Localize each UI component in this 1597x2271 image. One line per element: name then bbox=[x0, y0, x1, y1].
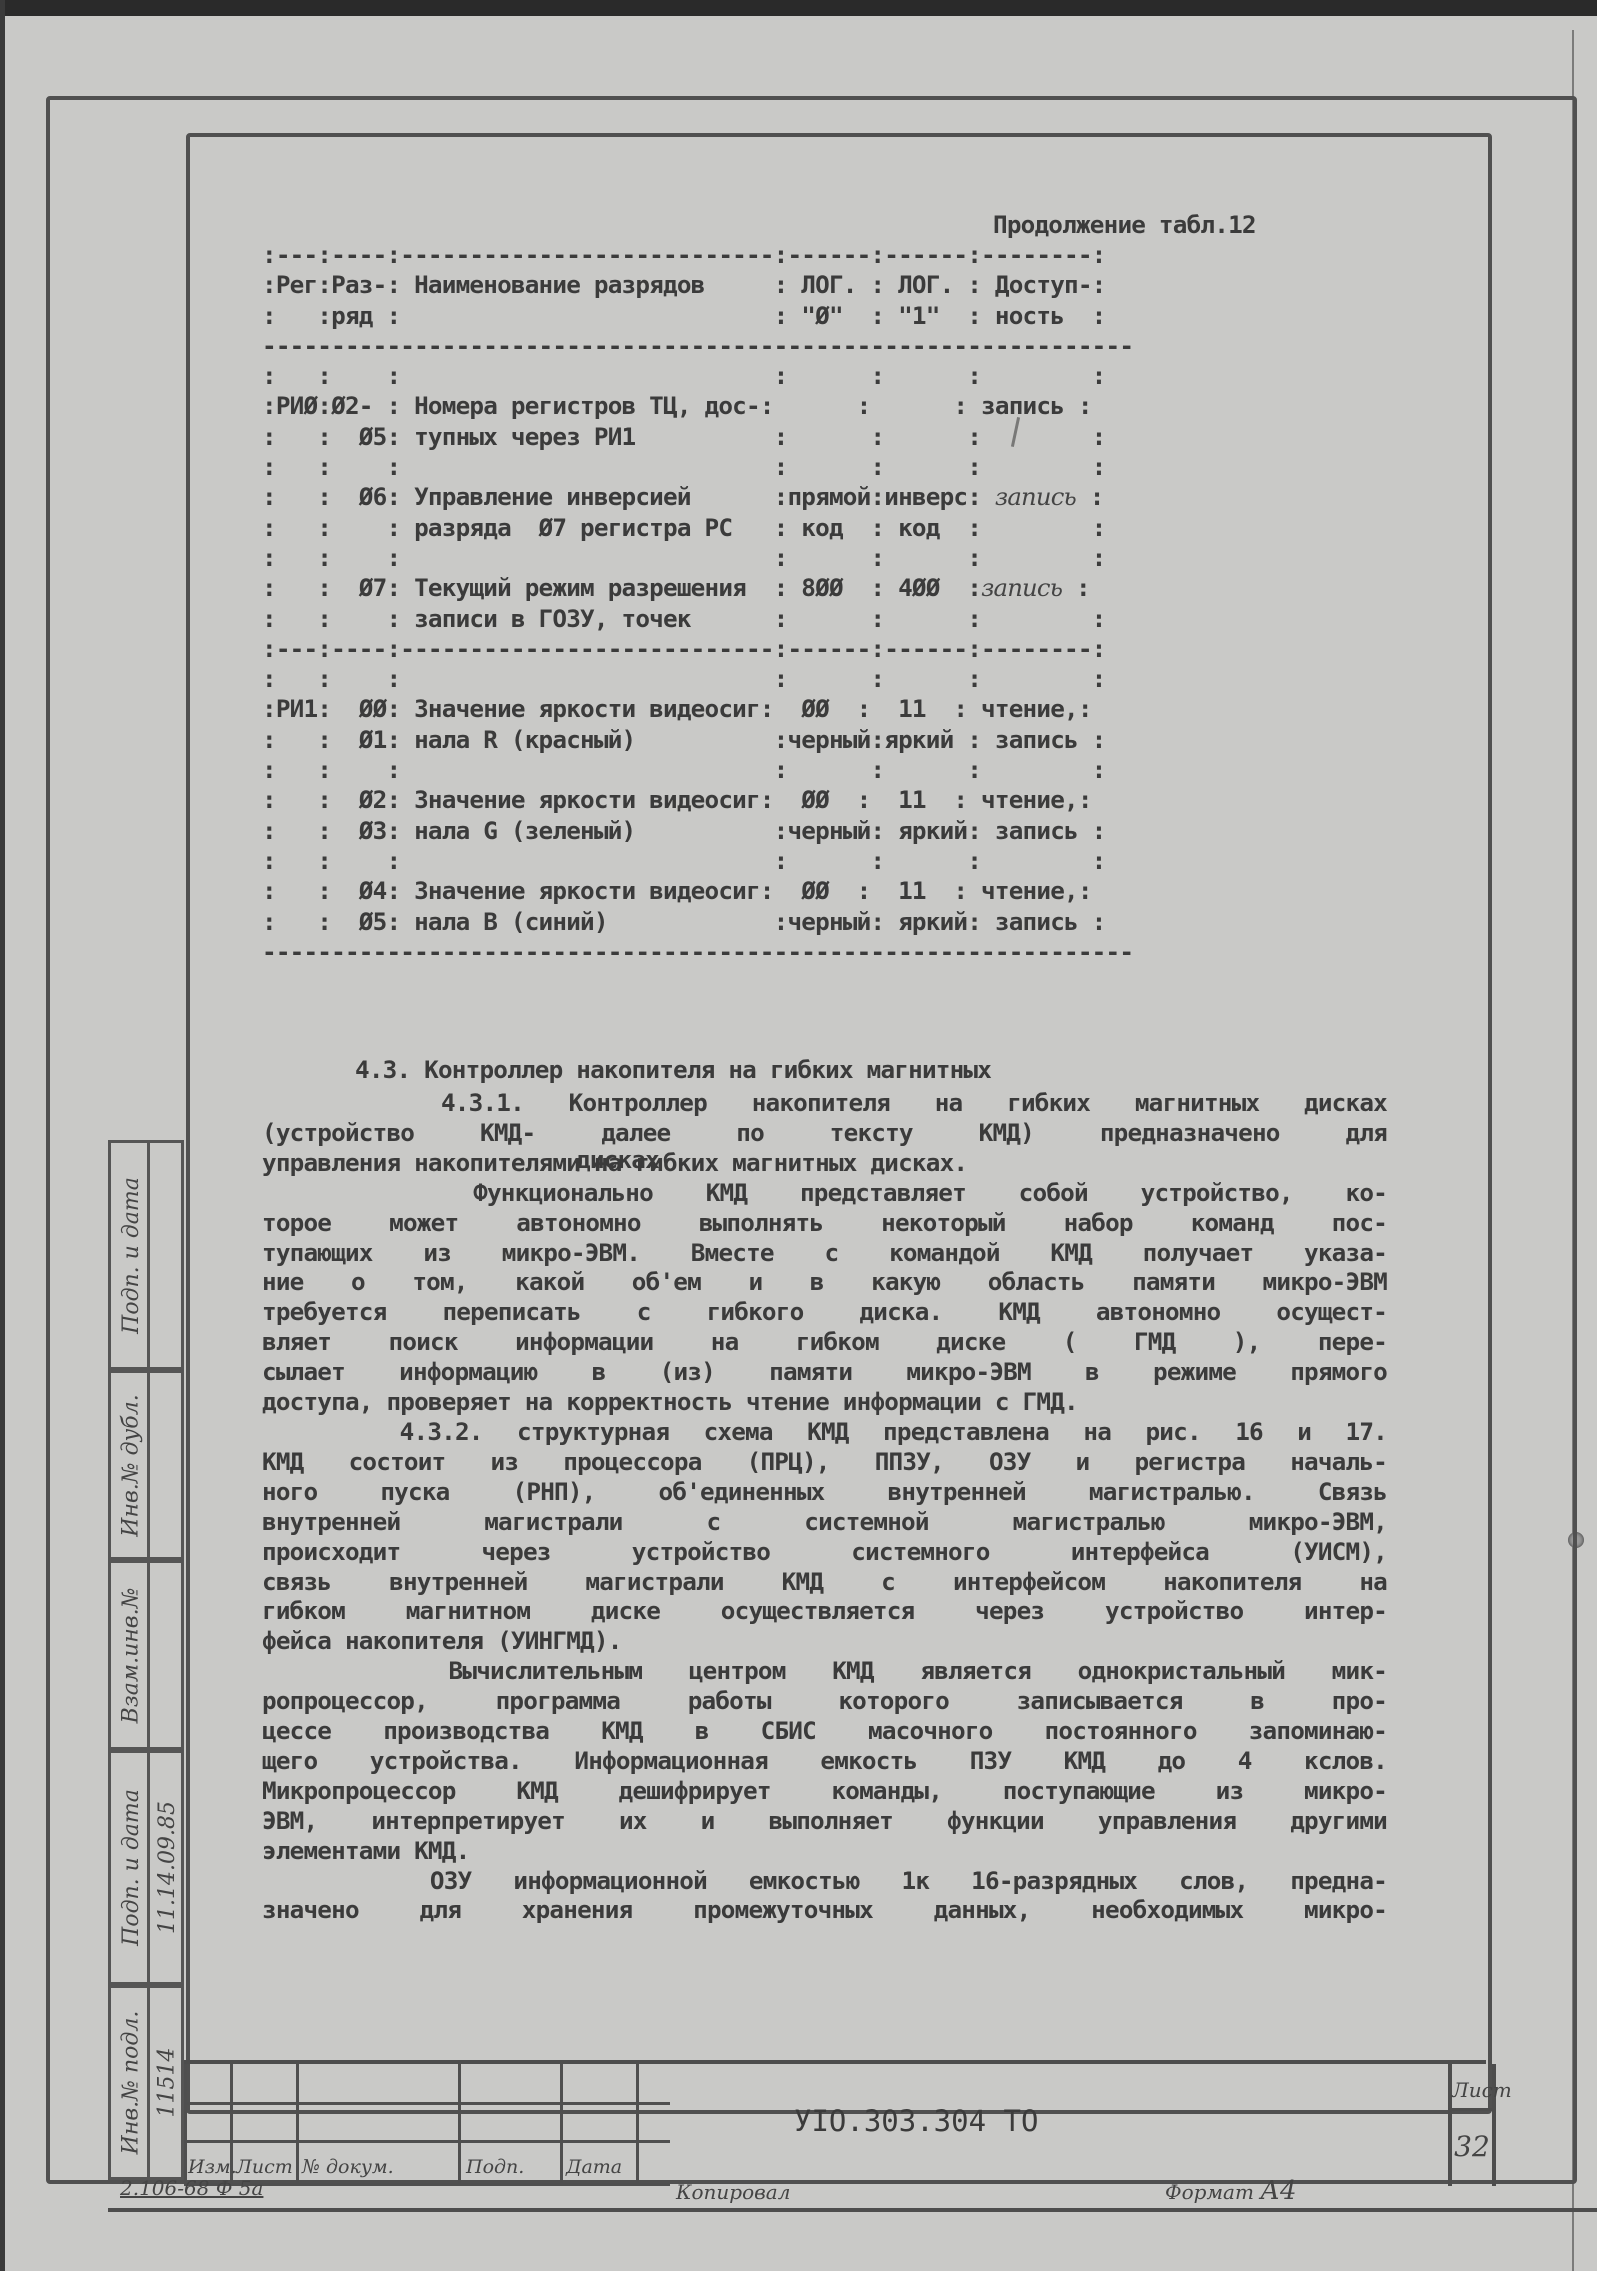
title-block: Изм. Лист № докум. Подп. Дата УIO.303.30… bbox=[184, 2060, 1486, 2190]
table-line: : : Ø7: Текущий режим разрешения : 8ØØ :… bbox=[262, 573, 1133, 603]
table-line: ----------------------------------------… bbox=[262, 937, 1133, 967]
revision-grid: Изм. Лист № докум. Подп. Дата bbox=[184, 2064, 670, 2186]
side-stamp-value: 11514 bbox=[155, 2048, 180, 2118]
table-caption: Продолжение табл.12 bbox=[993, 210, 1256, 240]
table-line: :РИ1: ØØ: Значение яркости видеосиг: ØØ … bbox=[262, 694, 1133, 724]
side-stamp-cell: Взам.инв.№ bbox=[108, 1560, 184, 1750]
side-stamp-label: Подп. и дата bbox=[119, 1177, 144, 1334]
scan-left-edge bbox=[0, 0, 5, 2271]
side-stamp-value: 11.14.09.85 bbox=[155, 1801, 180, 1934]
text-line: КМД состоит из процессора (ПРЦ), ППЗУ, О… bbox=[262, 1447, 1387, 1477]
table-line: : : Ø5: тупных через РИ1 : : : : bbox=[262, 422, 1133, 452]
side-stamp-label: Инв.№ дубл. bbox=[119, 1394, 144, 1536]
text-line: (устройство КМД- далее по тексту КМД) пр… bbox=[262, 1118, 1387, 1148]
text-line: требуется переписать с гибкого диска. КМ… bbox=[262, 1297, 1387, 1327]
label-sheet: Лист bbox=[236, 2156, 293, 2178]
side-stamp-cell: Инв.№ дубл. bbox=[108, 1370, 184, 1560]
copied-label: Копировал bbox=[676, 2180, 790, 2204]
text-line: фейса накопителя (УИНГМД). bbox=[262, 1626, 1387, 1656]
label-date: Дата bbox=[566, 2156, 622, 2178]
text-line: Функционально КМД представляет собой уст… bbox=[262, 1178, 1387, 1208]
text-line: внутренней магистрали с системной магист… bbox=[262, 1507, 1387, 1537]
table-line: : : : : : : : bbox=[262, 664, 1133, 694]
side-stamp-label: Инв.№ подл. bbox=[119, 2011, 144, 2155]
table-line: : :ряд : : "Ø" : "1" : ность : bbox=[262, 301, 1133, 331]
handwritten-access: запись bbox=[995, 482, 1076, 511]
table-line: : : Ø6: Управление инверсией :прямой:инв… bbox=[262, 482, 1133, 512]
side-stamp-label: Взам.инв.№ bbox=[119, 1587, 144, 1723]
side-stamp-cell: Инв.№ подл.11514 bbox=[108, 1985, 184, 2180]
bottom-rule bbox=[108, 2208, 1597, 2212]
side-stamp-cell: Подп. и дата bbox=[108, 1140, 184, 1370]
table-line: : : : : : : : bbox=[262, 846, 1133, 876]
text-line: 4.3.1. Контроллер накопителя на гибких м… bbox=[262, 1088, 1387, 1118]
text-line: ние о том, какой об'ем и в какую область… bbox=[262, 1267, 1387, 1297]
text-line: ропроцессор, программа работы которого з… bbox=[262, 1686, 1387, 1716]
text-line: ЭВМ, интерпретирует их и выполняет функц… bbox=[262, 1806, 1387, 1836]
label-doc-number: № докум. bbox=[302, 2156, 394, 2178]
form-code: 2.106-68 Ф 5а bbox=[120, 2176, 263, 2200]
table-line: : : Ø5: нала B (синий) :черный: яркий: з… bbox=[262, 907, 1133, 937]
side-stamp-cell: Подп. и дата11.14.09.85 bbox=[108, 1750, 184, 1985]
text-line: тупающих из микро-ЭВМ. Вместе с командой… bbox=[262, 1238, 1387, 1268]
table-line: : : : : : : : bbox=[262, 543, 1133, 573]
table-line: : : Ø3: нала G (зеленый) :черный: яркий:… bbox=[262, 816, 1133, 846]
section-heading-line1: 4.3. Контроллер накопителя на гибких маг… bbox=[355, 1055, 991, 1085]
label-signature: Подп. bbox=[466, 2156, 524, 2178]
sheet-box: Лист 32 bbox=[1448, 2064, 1496, 2186]
text-line: Вычислительным центром КМД является одно… bbox=[262, 1656, 1387, 1686]
text-line: Микропроцессор КМД дешифрирует команды, … bbox=[262, 1776, 1387, 1806]
label-change: Изм. bbox=[188, 2156, 237, 2178]
table-line: : : : : : : : bbox=[262, 361, 1133, 391]
table-line: :---:----:---------------------------:--… bbox=[262, 240, 1133, 270]
text-line: управления накопителями на гибких магнит… bbox=[262, 1148, 1387, 1178]
body-text: 4.3.1. Контроллер накопителя на гибких м… bbox=[262, 1088, 1387, 1925]
sheet-label: Лист bbox=[1452, 2078, 1492, 2111]
text-line: доступа, проверяет на корректность чтени… bbox=[262, 1387, 1387, 1417]
text-line: происходит через устройство системного и… bbox=[262, 1537, 1387, 1567]
table-line: :Рег:Раз-: Наименование разрядов : ЛОГ. … bbox=[262, 270, 1133, 300]
register-table: :---:----:---------------------------:--… bbox=[262, 240, 1133, 967]
format-text: Формат bbox=[1165, 2180, 1254, 2204]
text-line: вляет поиск информации на гибком диске (… bbox=[262, 1327, 1387, 1357]
text-line: связь внутренней магистрали КМД с интерф… bbox=[262, 1567, 1387, 1597]
table-line: : : Ø1: нала R (красный) :черный:яркий :… bbox=[262, 725, 1133, 755]
document-code: УIO.303.304 ТО bbox=[794, 2104, 1038, 2138]
format-label: Формат А4 bbox=[1165, 2176, 1297, 2206]
table-line: : : : записи в ГОЗУ, точек : : : : bbox=[262, 604, 1133, 634]
text-line: сылает информацию в (из) памяти микро-ЭВ… bbox=[262, 1357, 1387, 1387]
text-line: элементами КМД. bbox=[262, 1836, 1387, 1866]
table-line: : : : : : : : bbox=[262, 755, 1133, 785]
table-line: :РИØ:Ø2- : Номера регистров ТЦ, дос-: : … bbox=[262, 391, 1133, 421]
text-line: ного пуска (РНП), об'единенных внутренне… bbox=[262, 1477, 1387, 1507]
table-line: : : Ø4: Значение яркости видеосиг: ØØ : … bbox=[262, 876, 1133, 906]
text-line: гибком магнитном диске осуществляется че… bbox=[262, 1596, 1387, 1626]
scan-top-edge bbox=[0, 0, 1597, 16]
text-line: торое может автономно выполнять некоторы… bbox=[262, 1208, 1387, 1238]
table-line: : : : : : : : bbox=[262, 452, 1133, 482]
text-line: цессе производства КМД в СБИС масочного … bbox=[262, 1716, 1387, 1746]
text-line: значено для хранения промежуточных данны… bbox=[262, 1895, 1387, 1925]
side-stamp-label: Подп. и дата bbox=[119, 1789, 144, 1946]
sheet-number: 32 bbox=[1452, 2130, 1492, 2163]
handwritten-access: запись bbox=[981, 573, 1062, 602]
table-line: ----------------------------------------… bbox=[262, 331, 1133, 361]
table-line: : : Ø2: Значение яркости видеосиг: ØØ : … bbox=[262, 785, 1133, 815]
text-line: ОЗУ информационной емкостью 1к 16-разряд… bbox=[262, 1866, 1387, 1896]
text-line: 4.3.2. структурная схема КМД представлен… bbox=[262, 1417, 1387, 1447]
table-line: : : : разряда Ø7 регистра РС : код : код… bbox=[262, 513, 1133, 543]
format-value: А4 bbox=[1260, 2176, 1296, 2206]
table-line: :---:----:---------------------------:--… bbox=[262, 634, 1133, 664]
text-line: щего устройства. Информационная емкость … bbox=[262, 1746, 1387, 1776]
